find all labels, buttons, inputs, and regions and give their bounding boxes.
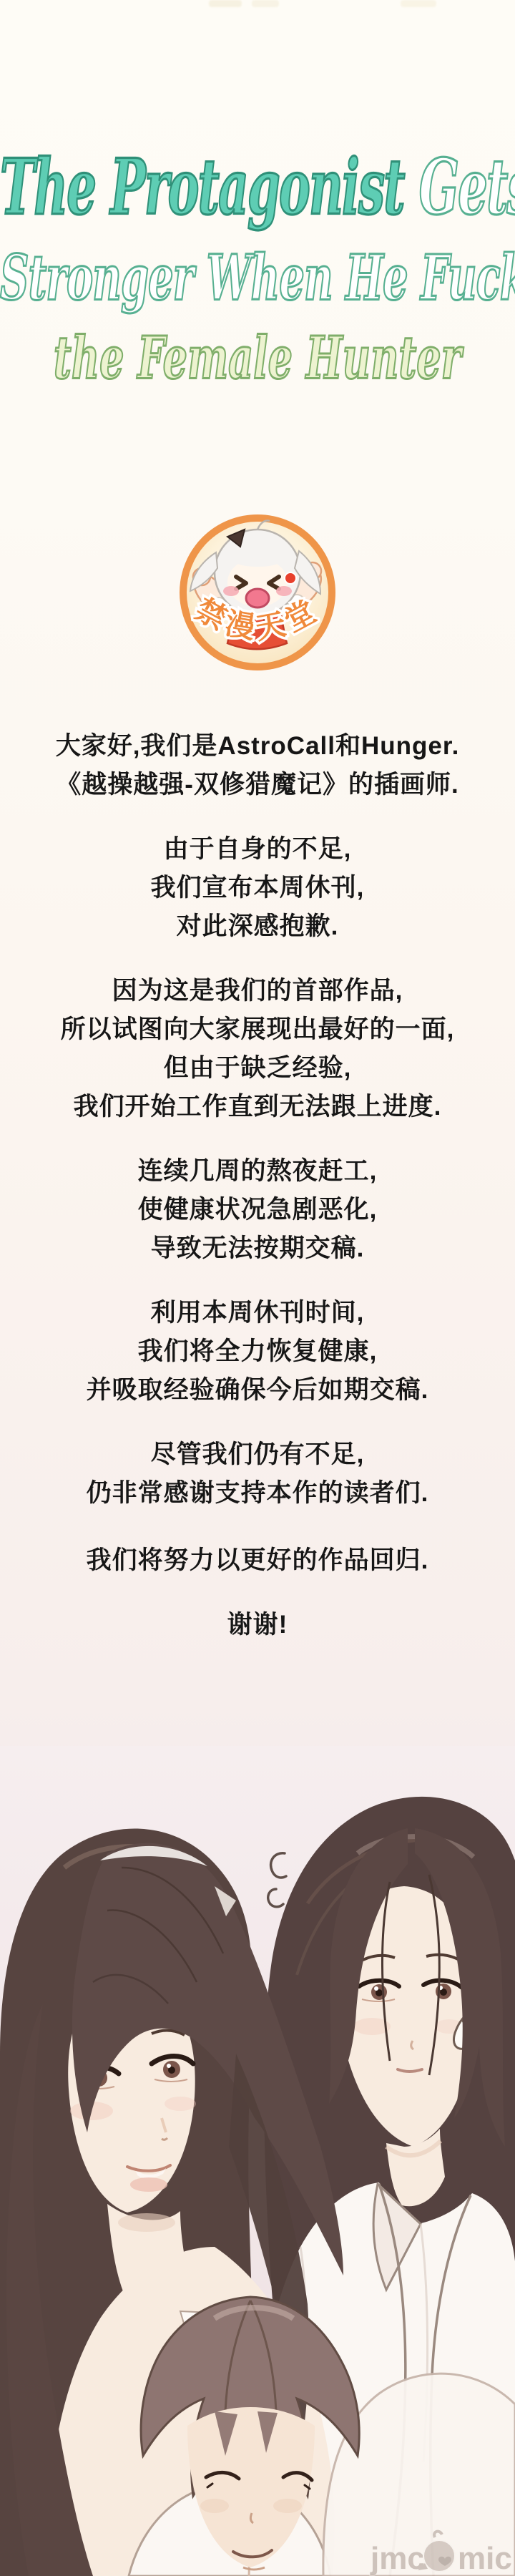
series-title: The Protagonist Gets Stronger When He Fu… <box>0 159 515 381</box>
announcement-paragraph-1: 大家好,我们是AstroCall和Hunger. 《越操越强-双修猎魔记》的插画… <box>0 727 515 804</box>
announcement-paragraph-4: 连续几周的熬夜赶工, 使健康状况急剧恶化, 导致无法按期交稿. <box>0 1152 515 1268</box>
top-edge-artifact <box>252 0 279 7</box>
announcement-paragraph-6: 尽管我们仍有不足, 仍非常感谢支持本作的读者们. <box>0 1435 515 1513</box>
announcement-paragraph-2: 由于自身的不足, 我们宣布本周休刊, 对此深感抱歉. <box>0 830 515 946</box>
illustration-svg: jmc mic <box>0 1746 515 2576</box>
watermark-text-right: mic <box>458 2541 512 2576</box>
title-line1-main: The Protagonist <box>0 142 404 232</box>
hiatus-announcement: 大家好,我们是AstroCall和Hunger. 《越操越强-双修猎魔记》的插画… <box>0 727 515 1670</box>
announcement-thanks: 谢谢! <box>0 1606 515 1644</box>
mascot-svg: 禁漫天堂 <box>172 508 343 683</box>
title-line-3: the Female Hunter <box>0 323 515 392</box>
title-line1-tail: Gets <box>404 142 515 232</box>
title-line-2: Stronger When He Fucks <box>0 242 515 315</box>
watermark-text-left: jmc <box>370 2541 425 2576</box>
top-edge-artifact <box>209 0 242 7</box>
top-edge-artifact <box>401 0 436 7</box>
title-line-1: The Protagonist Gets <box>0 142 515 232</box>
bottom-illustration: jmc mic <box>0 1746 515 2576</box>
announcement-paragraph-5: 利用本周休刊时间, 我们将全力恢复健康, 并吸取经验确保今后如期交稿. <box>0 1294 515 1410</box>
announcement-paragraph-7: 我们将努力以更好的作品回归. <box>0 1541 515 1580</box>
announcement-paragraph-3: 因为这是我们的首部作品, 所以试图向大家展现出最好的一面, 但由于缺乏经验, 我… <box>0 972 515 1126</box>
publisher-mascot-badge: 禁漫天堂 <box>172 508 343 683</box>
